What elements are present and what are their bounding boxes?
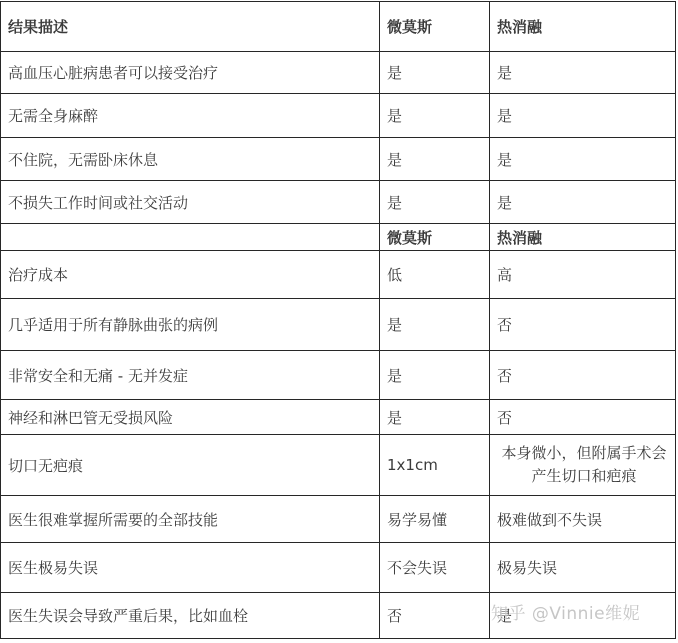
table-row: 不损失工作时间或社交活动 是 是 [1, 181, 676, 224]
table-subheader-row: 微莫斯 热消融 [1, 224, 676, 251]
reshaorong-cell: 否 [490, 351, 676, 400]
weimosi-cell: 是 [380, 299, 490, 351]
weimosi-cell: 是 [380, 138, 490, 181]
row-label-cell: 医生很难掌握所需要的全部技能 [1, 496, 380, 543]
table-row: 治疗成本 低 高 [1, 251, 676, 299]
row-label-cell: 切口无疤痕 [1, 435, 380, 496]
weimosi-cell: 是 [380, 94, 490, 138]
table-row: 医生极易失误 不会失误 极易失误 [1, 543, 676, 593]
row-label-cell: 不住院，无需卧床休息 [1, 138, 380, 181]
weimosi-cell: 是 [380, 181, 490, 224]
table-row: 医生很难掌握所需要的全部技能 易学易懂 极难做到不失误 [1, 496, 676, 543]
reshaorong-cell: 是 [490, 593, 676, 639]
row-label-cell: 不损失工作时间或社交活动 [1, 181, 380, 224]
weimosi-cell: 是 [380, 52, 490, 94]
row-label-cell: 几乎适用于所有静脉曲张的病例 [1, 299, 380, 351]
reshaorong-cell: 是 [490, 94, 676, 138]
reshaorong-cell: 是 [490, 181, 676, 224]
header-reshaorong: 热消融 [490, 2, 676, 52]
reshaorong-cell: 极难做到不失误 [490, 496, 676, 543]
weimosi-cell: 低 [380, 251, 490, 299]
table-row: 高血压心脏病患者可以接受治疗 是 是 [1, 52, 676, 94]
row-label-cell: 医生失误会导致严重后果，比如血栓 [1, 593, 380, 639]
weimosi-cell: 不会失误 [380, 543, 490, 593]
weimosi-cell: 易学易懂 [380, 496, 490, 543]
header-weimosi: 微莫斯 [380, 2, 490, 52]
row-label-cell: 无需全身麻醉 [1, 94, 380, 138]
comparison-table: 结果描述 微莫斯 热消融 高血压心脏病患者可以接受治疗 是 是 无需全身麻醉 是… [0, 1, 676, 639]
row-label-cell: 医生极易失误 [1, 543, 380, 593]
row-label-cell: 高血压心脏病患者可以接受治疗 [1, 52, 380, 94]
table-row: 医生失误会导致严重后果，比如血栓 否 是 [1, 593, 676, 639]
page: 结果描述 微莫斯 热消融 高血压心脏病患者可以接受治疗 是 是 无需全身麻醉 是… [0, 0, 678, 643]
table-row: 几乎适用于所有静脉曲张的病例 是 否 [1, 299, 676, 351]
weimosi-cell: 是 [380, 400, 490, 435]
row-label-cell: 非常安全和无痛 - 无并发症 [1, 351, 380, 400]
weimosi-cell: 1x1cm [380, 435, 490, 496]
reshaorong-cell: 极易失误 [490, 543, 676, 593]
header-result-label: 结果描述 [1, 2, 380, 52]
table-row: 非常安全和无痛 - 无并发症 是 否 [1, 351, 676, 400]
table-row: 切口无疤痕 1x1cm 本身微小，但附属手术会产生切口和疤痕 [1, 435, 676, 496]
reshaorong-cell: 否 [490, 400, 676, 435]
reshaorong-cell: 本身微小，但附属手术会产生切口和疤痕 [490, 435, 676, 496]
table-row: 神经和淋巴管无受损风险 是 否 [1, 400, 676, 435]
subheader-empty-cell [1, 224, 380, 251]
table-row: 不住院，无需卧床休息 是 是 [1, 138, 676, 181]
row-label-cell: 治疗成本 [1, 251, 380, 299]
table-header-row: 结果描述 微莫斯 热消融 [1, 2, 676, 52]
subheader-weimosi: 微莫斯 [380, 224, 490, 251]
reshaorong-cell: 是 [490, 52, 676, 94]
table-row: 无需全身麻醉 是 是 [1, 94, 676, 138]
row-label-cell: 神经和淋巴管无受损风险 [1, 400, 380, 435]
weimosi-cell: 否 [380, 593, 490, 639]
reshaorong-cell: 否 [490, 299, 676, 351]
reshaorong-cell: 高 [490, 251, 676, 299]
reshaorong-cell: 是 [490, 138, 676, 181]
subheader-reshaorong: 热消融 [490, 224, 676, 251]
weimosi-cell: 是 [380, 351, 490, 400]
